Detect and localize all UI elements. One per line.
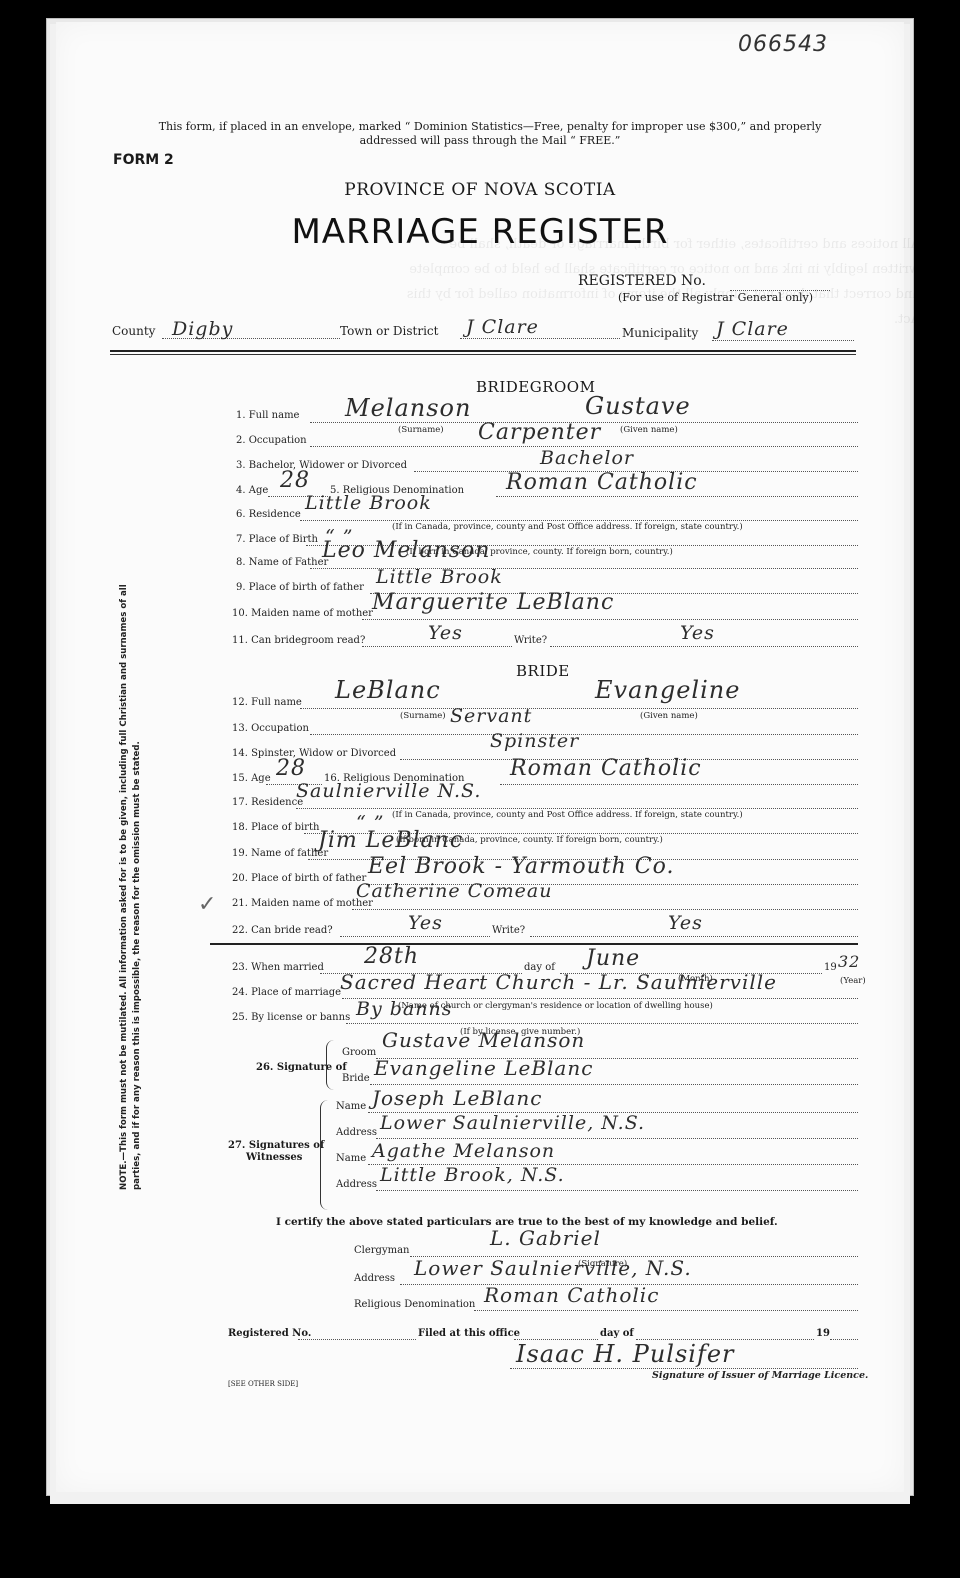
groom-occupation: Carpenter <box>478 420 601 445</box>
groom-religion: Roman Catholic <box>506 470 698 495</box>
married-day: 28th <box>364 944 419 969</box>
bride-heading: BRIDE <box>516 662 570 680</box>
form-number: FORM 2 <box>113 152 174 168</box>
town-label: Town or District <box>340 324 438 338</box>
groom-mother: Marguerite LeBlanc <box>372 590 614 615</box>
groom-read-field[interactable] <box>362 646 512 647</box>
bride-mother: Catherine Comeau <box>356 880 552 902</box>
year-prefix: 19 <box>824 962 837 973</box>
bridegroom-heading: BRIDEGROOM <box>476 378 595 396</box>
groom-given-name: Gustave <box>585 392 691 420</box>
witness-1-name-label: Name <box>336 1101 366 1112</box>
witnesses-label-2: Witnesses <box>246 1152 302 1163</box>
county-label: County <box>112 324 155 338</box>
bride-age: 28 <box>276 756 306 781</box>
groom-surname-hint: (Surname) <box>398 425 444 435</box>
bride-write-field[interactable] <box>530 936 858 937</box>
year-hint: (Year) <box>840 976 866 986</box>
clergyman-signature: L. Gabriel <box>490 1226 601 1250</box>
witnesses-label: 27. Signatures of <box>228 1140 324 1151</box>
groom-residence-field[interactable] <box>300 520 858 521</box>
groom-residence-hint: (If in Canada, province, county and Post… <box>392 522 743 532</box>
bride-signature: Evangeline LeBlanc <box>374 1056 593 1080</box>
town-value: J Clare <box>466 316 539 338</box>
see-other-side: [SEE OTHER SIDE] <box>228 1380 298 1388</box>
bride-given-name: Evangeline <box>595 676 740 704</box>
bride-mother-field[interactable] <box>352 909 858 910</box>
bride-surname-hint: (Surname) <box>400 711 446 721</box>
license-label: 25. By license or banns <box>232 1012 350 1023</box>
clergyman-religion-label: Religious Denomination <box>354 1299 475 1310</box>
groom-mother-field[interactable] <box>362 619 858 620</box>
clergyman-address-label: Address <box>354 1273 395 1284</box>
witnesses-brace <box>320 1100 328 1210</box>
witness-2-address: Little Brook, N.S. <box>380 1164 565 1186</box>
married-month: June <box>586 946 640 971</box>
groom-write: Yes <box>680 622 715 644</box>
bride-read-field[interactable] <box>340 936 490 937</box>
bride-residence-label: 17. Residence <box>232 797 303 808</box>
bride-mother-label: 21. Maiden name of mother <box>232 898 373 909</box>
bride-write: Yes <box>668 912 703 934</box>
bride-read-label: 22. Can bride read? <box>232 925 333 936</box>
groom-status: Bachelor <box>540 447 634 469</box>
bride-given-hint: (Given name) <box>640 711 698 721</box>
bride-father: Jim LeBlanc <box>318 828 463 853</box>
bride-signature-field[interactable] <box>370 1084 858 1085</box>
groom-read: Yes <box>428 622 463 644</box>
municipality-field[interactable] <box>712 340 854 341</box>
bride-residence-field[interactable] <box>296 808 858 809</box>
groom-write-field[interactable] <box>550 646 858 647</box>
bride-read: Yes <box>408 912 443 934</box>
groom-birthplace-label: 7. Place of Birth <box>236 534 318 545</box>
groom-age-label: 4. Age <box>236 485 268 496</box>
witness-1-address-field[interactable] <box>376 1138 858 1139</box>
filed-day-of-label: day of <box>600 1328 634 1339</box>
bride-birthplace-label: 18. Place of birth <box>232 822 319 833</box>
bride-residence-hint: (If in Canada, province, county and Post… <box>392 810 743 820</box>
bride-status-label: 14. Spinster, Widow or Divorced <box>232 748 396 759</box>
clergyman-religion: Roman Catholic <box>484 1283 659 1307</box>
groom-father-birthplace: Little Brook <box>376 566 503 588</box>
bride-surname: LeBlanc <box>335 676 441 704</box>
header-divider <box>110 350 856 352</box>
page-title: MARRIAGE REGISTER <box>180 212 780 252</box>
license-value: By banns <box>356 998 452 1020</box>
witness-1-name: Joseph LeBlanc <box>372 1086 542 1110</box>
bride-occupation: Servant <box>450 705 532 727</box>
witness-2-address-field[interactable] <box>376 1190 858 1191</box>
groom-full-name-label: 1. Full name <box>236 410 299 421</box>
bride-occupation-field[interactable] <box>310 734 858 735</box>
filed-year-prefix: 19 <box>816 1328 830 1339</box>
groom-write-label: Write? <box>514 635 547 646</box>
groom-occupation-label: 2. Occupation <box>236 435 307 446</box>
groom-signature: Gustave Melanson <box>382 1028 585 1052</box>
groom-mother-label: 10. Maiden name of mother <box>232 608 373 619</box>
issuer-signature: Isaac H. Pulsifer <box>516 1340 735 1368</box>
filed-year-field[interactable] <box>830 1339 858 1340</box>
witness-2-address-label: Address <box>336 1179 377 1190</box>
bride-age-label: 15. Age <box>232 773 271 784</box>
registered-no-hint: (For use of Registrar General only) <box>618 291 813 304</box>
registered-no-label: REGISTERED No. <box>578 273 706 289</box>
side-note: NOTE.—This form must not be mutilated. A… <box>118 560 144 1190</box>
license-field[interactable] <box>346 1023 858 1024</box>
place-of-marriage-label: 24. Place of marriage <box>232 987 341 998</box>
clergyman-label: Clergyman <box>354 1245 409 1256</box>
groom-residence-label: 6. Residence <box>236 509 301 520</box>
bride-full-name-field[interactable] <box>300 708 858 709</box>
municipality-label: Municipality <box>622 326 698 340</box>
bride-signature-label: Bride <box>342 1073 370 1084</box>
issuer-signature-field[interactable] <box>510 1368 858 1369</box>
groom-father-label: 8. Name of Father <box>236 557 328 568</box>
groom-read-label: 11. Can bridegroom read? <box>232 635 365 646</box>
municipality-value: J Clare <box>716 318 789 340</box>
bride-religion: Roman Catholic <box>510 756 702 781</box>
bride-occupation-label: 13. Occupation <box>232 723 309 734</box>
bride-residence: Saulnierville N.S. <box>296 780 481 802</box>
when-married-label: 23. When married <box>232 962 324 973</box>
signature-brace <box>326 1040 334 1090</box>
registered-no-bottom-field[interactable] <box>298 1339 416 1340</box>
clergyman-address: Lower Saulnierville, N.S. <box>414 1256 692 1280</box>
registered-no-bottom-label: Registered No. <box>228 1328 311 1339</box>
header-divider-2 <box>110 354 856 355</box>
issuer-label: Signature of Issuer of Marriage Licence. <box>652 1370 868 1381</box>
filed-label: Filed at this office <box>418 1328 520 1339</box>
bride-write-label: Write? <box>492 925 525 936</box>
bride-full-name-label: 12. Full name <box>232 697 302 708</box>
bride-status: Spinster <box>490 730 579 752</box>
groom-given-hint: (Given name) <box>620 425 678 435</box>
bride-father-birthplace-label: 20. Place of birth of father <box>232 873 366 884</box>
bride-divider <box>210 943 858 945</box>
groom-surname: Melanson <box>345 394 471 422</box>
witness-1-address: Lower Saulnierville, N.S. <box>380 1112 645 1134</box>
postage-notice: This form, if placed in an envelope, mar… <box>140 120 840 148</box>
bride-father-birthplace: Eel Brook - Yarmouth Co. <box>368 854 674 879</box>
groom-status-label: 3. Bachelor, Widower or Divorced <box>236 460 407 471</box>
town-field[interactable] <box>460 338 620 339</box>
bride-religion-field[interactable] <box>500 784 858 785</box>
serial-number: 066543 <box>738 32 828 57</box>
place-of-marriage: Sacred Heart Church - Lr. Saulnierville <box>340 970 777 994</box>
witness-2-name: Agathe Melanson <box>372 1140 555 1162</box>
province-heading: PROVINCE OF NOVA SCOTIA <box>180 180 780 200</box>
groom-father: Leo Melanson <box>322 538 490 563</box>
witness-1-address-label: Address <box>336 1127 377 1138</box>
witness-2-name-label: Name <box>336 1153 366 1164</box>
clergyman-religion-field[interactable] <box>474 1310 858 1311</box>
groom-father-birthplace-label: 9. Place of birth of father <box>236 582 364 593</box>
bride-father-label: 19. Name of father <box>232 848 328 859</box>
groom-religion-field[interactable] <box>496 496 858 497</box>
county-value: Digby <box>172 318 233 340</box>
checkmark-icon: ✓ <box>198 892 216 917</box>
groom-signature-label: Groom <box>342 1047 376 1058</box>
married-year: 32 <box>838 952 860 971</box>
groom-age: 28 <box>280 468 310 493</box>
groom-residence: Little Brook <box>305 492 432 514</box>
